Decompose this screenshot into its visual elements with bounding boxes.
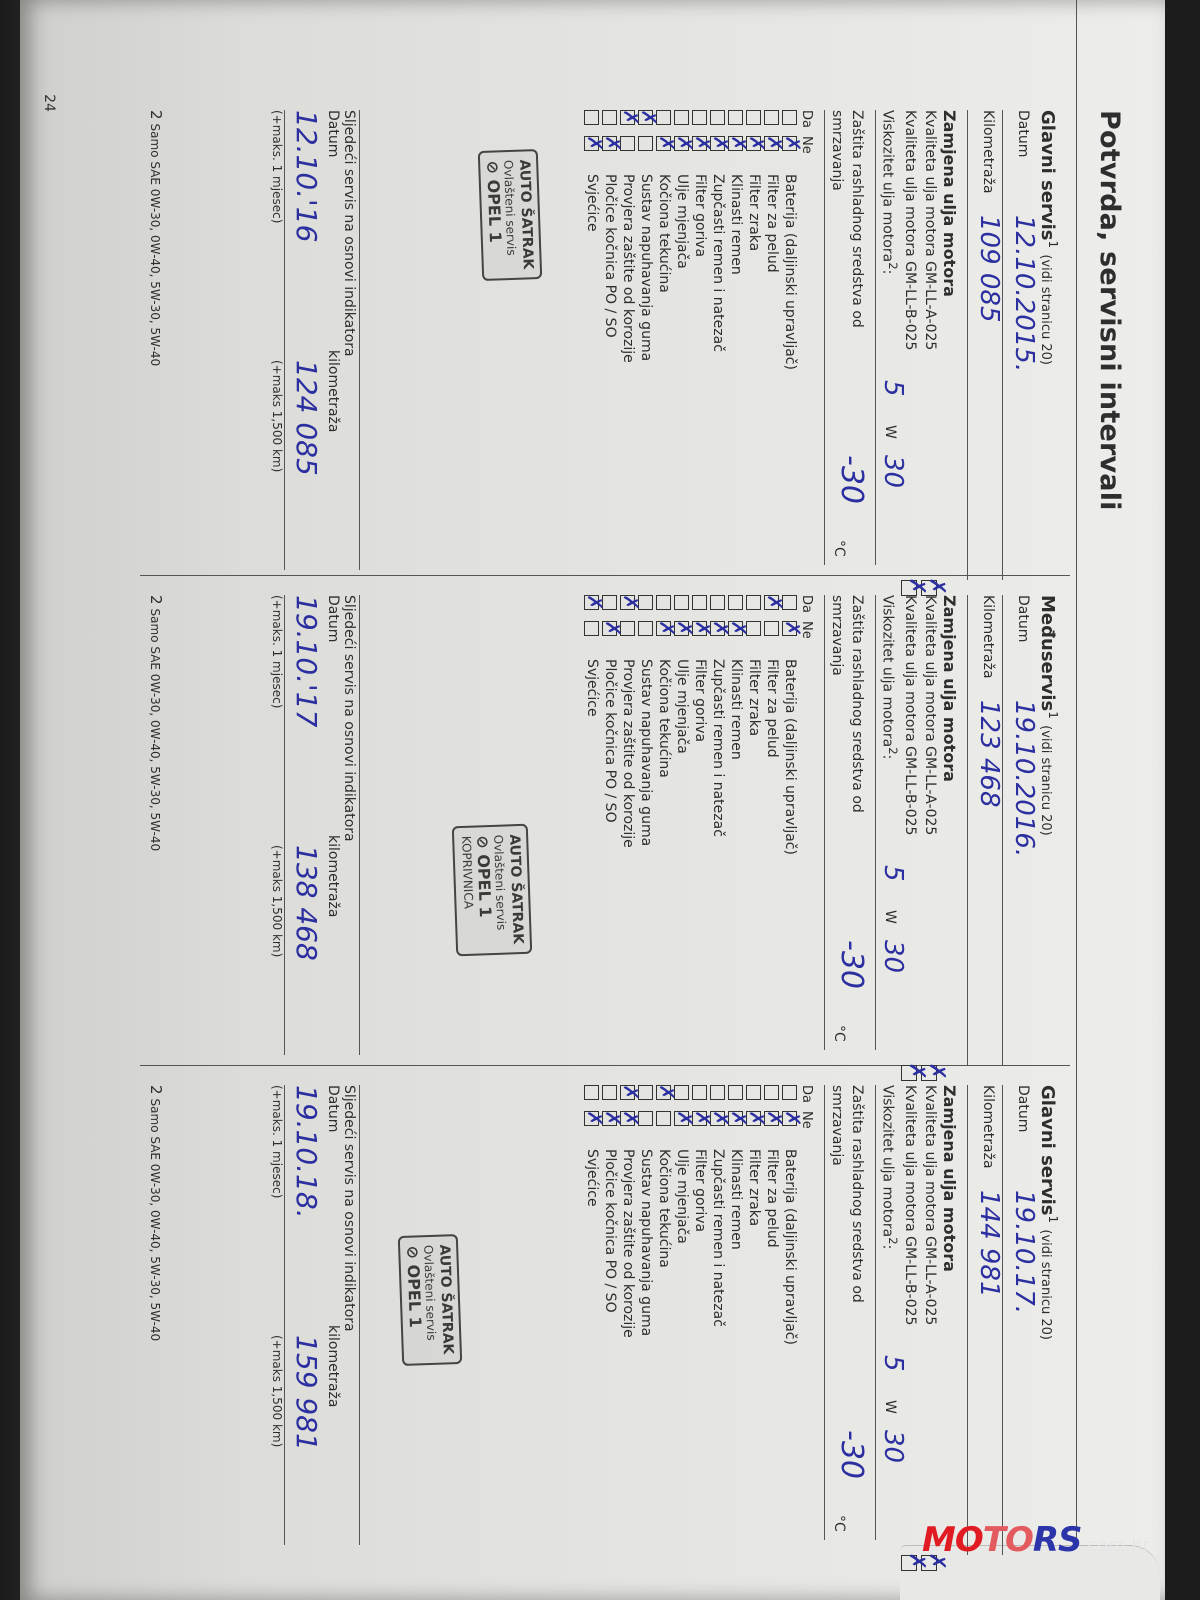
checklist-label: Sustav napuhavanja guma [638,174,654,361]
checklist-label: Svjećice [584,1149,600,1207]
checklist-label: Zupčasti remen i natezač [710,1149,726,1327]
service-checklist: Baterija (daljinski upravljač)Filter za … [583,110,799,580]
da-checkbox[interactable] [621,595,636,610]
checklist-label: Filter goriva [692,659,708,742]
checklist-label: Filter za pelud [764,174,780,273]
footnote: 2Samo SAE 0W-30, 0W-40, 5W-30, 5W-40 [147,595,165,851]
checklist-row: Pločice kočnica PO / SO [601,110,619,580]
page-number: 24 [41,94,57,112]
checklist-label: Filter za pelud [764,659,780,758]
da-checkbox[interactable] [603,1085,618,1100]
checklist-row: Ulje mjenjača [673,1085,691,1555]
page-edge-shadow [1165,0,1200,1600]
da-checkbox[interactable] [765,110,780,125]
checklist-row: Svjećice [583,595,601,1065]
service-column: Glavni servis1 (vidi stranicu 20) Datum … [60,110,1060,580]
handwritten-km: 144 981 [974,1190,1004,1298]
da-checkbox[interactable] [729,595,744,610]
da-checkbox[interactable] [783,1085,798,1100]
checklist-label: Svjećice [584,659,600,717]
date-field[interactable]: Datum 12.10.2015. [1002,110,1037,580]
checklist-row: Svjećice [583,110,601,580]
see-page-note: (vidi stranicu 20) [1038,1229,1053,1340]
coolant-field[interactable]: Zaštita rashladnog sredstva od smrzavanj… [824,110,867,565]
checklist-row: Ulje mjenjača [673,110,691,580]
da-ne-header: DaNe [799,110,814,580]
ne-checkbox[interactable] [675,1111,690,1126]
ne-checkbox[interactable] [783,621,798,636]
da-checkbox[interactable] [711,110,726,125]
checklist-label: Kočiona tekućina [656,1149,672,1268]
oil-quality-a: Kvaliteta ulja motora GM-LL-A-025✗ [920,595,940,1065]
handwritten-km: 123 468 [974,700,1004,808]
da-ne-header: DaNe [799,595,814,1065]
oil-change-heading: Zamjena ulja motora [940,595,959,1065]
da-checkbox[interactable] [585,1085,600,1100]
checklist-row: Zupčasti remen i natezač [709,595,727,1065]
oil-b-checkbox[interactable]: ✗ [901,1555,917,1571]
motors-watermark: MOTORS.com.hr [922,1520,1150,1560]
dealer-stamp: AUTO ŠATRAK Ovlašteni servis ⊘ OPEL 1 KO… [452,824,532,957]
next-km: 159 981 [290,1335,323,1451]
checklist-label: Filter zraka [746,1149,762,1226]
da-checkbox[interactable] [747,110,762,125]
checklist-row: Sustav napuhavanja guma [637,595,655,1065]
checklist-label: Filter goriva [692,174,708,257]
coolant-field[interactable]: Zaštita rashladnog sredstva od smrzavanj… [824,1085,867,1540]
date-field[interactable]: Datum 19.10.17. [1002,1085,1037,1555]
ne-checkbox[interactable] [585,1111,600,1126]
oil-b-checkbox[interactable]: ✗ [901,1065,917,1081]
checklist-label: Svjećice [584,174,600,232]
checklist-label: Zupčasti remen i natezač [710,174,726,352]
viscosity-field[interactable]: Viskozitet ulja motora2: 5 W 30 [875,110,900,565]
checklist-label: Sustav napuhavanja guma [638,1149,654,1336]
checklist-row: Provjera zaštite od korozije [619,110,637,580]
da-checkbox[interactable] [765,595,780,610]
checklist-row: Filter goriva [691,1085,709,1555]
next-service-block: Sljedeći servis na osnovi indikatora Dat… [264,595,360,1055]
checklist-row: Filter zraka [745,1085,763,1555]
checklist-label: Klinasti remen [728,659,744,760]
checklist-row: Klinasti remen [727,595,745,1065]
checklist-row: Filter za pelud [763,1085,781,1555]
oil-b-checkbox[interactable]: ✗ [901,580,917,596]
da-checkbox[interactable] [657,595,672,610]
next-service-values[interactable]: 19.10.18. 159 981 [284,1085,317,1545]
checklist-row: Filter goriva [691,110,709,580]
checklist-label: Baterija (daljinski upravljač) [782,659,798,855]
checklist-label: Baterija (daljinski upravljač) [782,1149,798,1345]
checklist-row: Filter goriva [691,595,709,1065]
checklist-row: Klinasti remen [727,110,745,580]
da-checkbox[interactable] [603,110,618,125]
oil-change-heading: Zamjena ulja motora [940,110,959,580]
see-page-note: (vidi stranicu 20) [1038,254,1053,365]
checklist-row: Kočiona tekućina [655,595,673,1065]
service-header: Glavni servis1 (vidi stranicu 20) [1037,1085,1060,1555]
date-field[interactable]: Datum 19.10.2016. [1002,595,1037,1065]
service-type: Glavni servis [1037,110,1058,241]
ne-checkbox[interactable] [765,621,780,636]
oil-quality-a: Kvaliteta ulja motora GM-LL-A-025✗ [920,1085,940,1555]
ne-checkbox[interactable] [603,621,618,636]
next-date: 19.10.18. [290,1085,323,1219]
ne-checkbox[interactable] [585,136,600,151]
next-service-block: Sljedeći servis na osnovi indikatora Dat… [264,1085,360,1545]
checklist-label: Filter za pelud [764,1149,780,1248]
ne-checkbox[interactable] [657,136,672,151]
footnote: 2Samo SAE 0W-30, 0W-40, 5W-30, 5W-40 [147,1085,165,1341]
da-checkbox[interactable] [675,110,690,125]
dealer-stamp: AUTO ŠATRAK Ovlašteni servis ⊘ OPEL 1 [398,1234,462,1366]
next-km: 124 085 [290,360,323,476]
ne-checkbox[interactable] [657,1111,672,1126]
checklist-row: Baterija (daljinski upravljač) [781,595,799,1065]
service-type: Glavni servis [1037,1085,1058,1216]
da-checkbox[interactable] [747,1085,762,1100]
checklist-label: Filter goriva [692,1149,708,1232]
da-checkbox[interactable] [747,595,762,610]
ne-checkbox[interactable] [657,621,672,636]
checklist-row: Sustav napuhavanja guma [637,110,655,580]
checklist-label: Sustav napuhavanja guma [638,659,654,846]
ne-checkbox[interactable] [585,621,600,636]
checklist-label: Provjera zaštite od korozije [620,174,636,363]
service-header: Glavni servis1 (vidi stranicu 20) [1037,110,1060,580]
handwritten-date: 19.10.2016. [1009,700,1039,857]
da-checkbox[interactable] [729,110,744,125]
checklist-label: Pločice kočnica PO / SO [602,659,618,823]
coolant-field[interactable]: Zaštita rashladnog sredstva od smrzavanj… [824,595,867,1050]
next-date: 12.10.'16 [290,110,323,242]
oil-quality-a: Kvaliteta ulja motora GM-LL-A-025✗ [920,110,940,580]
rotated-document: Potvrda, servisni intervali Glavni servi… [0,0,1145,1600]
title-divider [1076,0,1077,1540]
da-checkbox[interactable] [693,110,708,125]
da-checkbox[interactable] [783,110,798,125]
handwritten-km: 109 085 [974,215,1004,323]
service-checklist: Baterija (daljinski upravljač)Filter za … [583,1085,799,1555]
da-checkbox[interactable] [657,1085,672,1100]
next-km: 138 468 [290,845,323,961]
ne-checkbox[interactable] [639,136,654,151]
checklist-row: Svjećice [583,1085,601,1555]
handwritten-date: 12.10.2015. [1009,215,1039,372]
km-field[interactable]: Kilometraža 109 085 [967,110,1002,580]
page-title: Potvrda, servisni intervali [1094,110,1125,511]
checklist-row: Filter za pelud [763,110,781,580]
da-checkbox[interactable] [711,595,726,610]
checklist-row: Klinasti remen [727,1085,745,1555]
checklist-row: Pločice kočnica PO / SO [601,595,619,1065]
checklist-row: Filter za pelud [763,595,781,1065]
next-date: 19.10.'17 [290,595,323,727]
checklist-row: Zupčasti remen i natezač [709,1085,727,1555]
checklist-label: Ulje mjenjača [674,659,690,754]
checklist-row: Zupčasti remen i natezač [709,110,727,580]
checklist-row: Filter zraka [745,595,763,1065]
checklist-row: Kočiona tekućina [655,110,673,580]
checklist-label: Kočiona tekućina [656,174,672,293]
checklist-row: Provjera zaštite od korozije [619,595,637,1065]
next-service-values[interactable]: 19.10.'17 138 468 [284,595,317,1055]
checklist-label: Filter zraka [746,174,762,251]
dealer-stamp: AUTO ŠATRAK Ovlašteni servis ⊘ OPEL 1 [478,149,542,281]
da-checkbox[interactable] [585,110,600,125]
viscosity-field[interactable]: Viskozitet ulja motora2: 5 W 30 [875,595,900,1050]
service-column: Glavni servis1 (vidi stranicu 20) Datum … [60,1085,1060,1555]
da-checkbox[interactable] [621,1085,636,1100]
checklist-label: Filter zraka [746,659,762,736]
checklist-label: Provjera zaštite od korozije [620,1149,636,1338]
service-checklist: Baterija (daljinski upravljač)Filter za … [583,595,799,1065]
checklist-label: Pločice kočnica PO / SO [602,174,618,338]
checklist-row: Baterija (daljinski upravljač) [781,1085,799,1555]
checklist-row: Provjera zaštite od korozije [619,1085,637,1555]
checklist-row: Pločice kočnica PO / SO [601,1085,619,1555]
checklist-row: Sustav napuhavanja guma [637,1085,655,1555]
service-header: Međuservis1 (vidi stranicu 20) [1037,595,1060,1065]
da-checkbox[interactable] [711,1085,726,1100]
checklist-label: Baterija (daljinski upravljač) [782,174,798,370]
km-field[interactable]: Kilometraža 123 468 [967,595,1002,1065]
da-checkbox[interactable] [585,595,600,610]
checklist-label: Zupčasti remen i natezač [710,659,726,837]
checklist-label: Pločice kočnica PO / SO [602,1149,618,1313]
see-page-note: (vidi stranicu 20) [1038,725,1053,836]
da-checkbox[interactable] [675,595,690,610]
checklist-label: Provjera zaštite od korozije [620,659,636,848]
oil-quality-b: Kvaliteta ulja motora GM-LL-B-025✗ [900,110,920,580]
checklist-label: Klinasti remen [728,1149,744,1250]
da-checkbox[interactable] [729,1085,744,1100]
next-service-block: Sljedeći servis na osnovi indikatora Dat… [264,110,360,570]
checklist-row: Ulje mjenjača [673,595,691,1065]
da-ne-header: DaNe [799,1085,814,1555]
ne-checkbox[interactable] [639,621,654,636]
service-type: Međuservis [1037,595,1058,711]
viscosity-field[interactable]: Viskozitet ulja motora2: 5 W 30 [875,1085,900,1540]
checklist-label: Kočiona tekućina [656,659,672,778]
service-column: Međuservis1 (vidi stranicu 20) Datum 19.… [60,595,1060,1065]
oil-quality-b: Kvaliteta ulja motora GM-LL-B-025✗ [900,595,920,1065]
km-field[interactable]: Kilometraža 144 981 [967,1085,1002,1555]
checklist-label: Ulje mjenjača [674,1149,690,1244]
checklist-row: Kočiona tekućina [655,1085,673,1555]
da-checkbox[interactable] [621,110,636,125]
oil-quality-b: Kvaliteta ulja motora GM-LL-B-025✗ [900,1085,920,1555]
handwritten-date: 19.10.17. [1009,1190,1039,1314]
da-checkbox[interactable] [765,1085,780,1100]
oil-change-heading: Zamjena ulja motora [940,1085,959,1555]
checklist-label: Klinasti remen [728,174,744,275]
footnote: 2Samo SAE 0W-30, 0W-40, 5W-30, 5W-40 [147,110,165,366]
next-service-values[interactable]: 12.10.'16 124 085 [284,110,317,570]
checklist-label: Ulje mjenjača [674,174,690,269]
da-checkbox[interactable] [693,1085,708,1100]
da-checkbox[interactable] [693,595,708,610]
checklist-row: Baterija (daljinski upravljač) [781,110,799,580]
checklist-row: Filter zraka [745,110,763,580]
